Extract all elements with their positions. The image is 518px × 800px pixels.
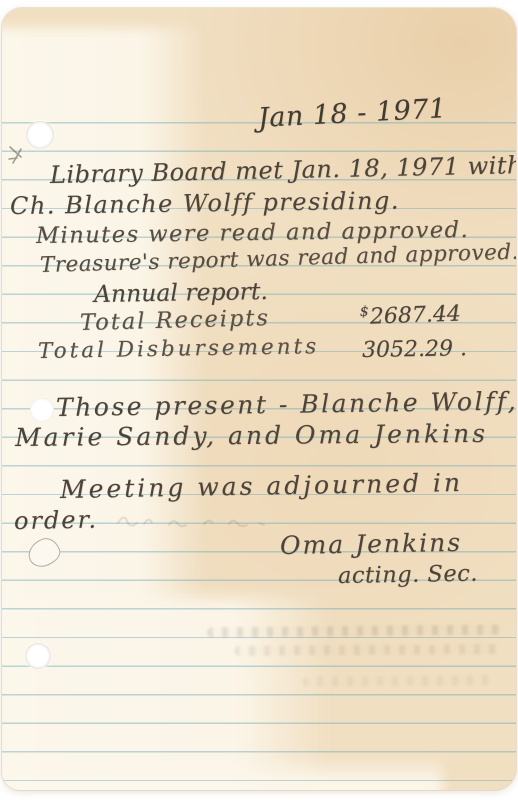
adjournment-line-1: Meeting was adjourned in: [60, 470, 463, 502]
adjournment-line-2: order.: [14, 508, 98, 533]
total-disbursements-label: Total Disbursements: [38, 336, 320, 362]
signature-title: acting. Sec.: [338, 563, 478, 588]
total-receipts-amount: $2687.44: [360, 303, 462, 329]
erased-pencil-marks: [114, 511, 269, 531]
attendees-line-2: Marie Sandy, and Oma Jenkins: [15, 421, 488, 450]
total-receipts-label: Total Receipts: [80, 307, 271, 334]
receipts-value: 2687.44: [369, 301, 461, 329]
disbursements-value: 3052.29 .: [362, 336, 467, 363]
scanned-minutes-page: Jan 18 - 1971 Library Board met Jan. 18,…: [0, 0, 518, 800]
ink-bleed-through: [302, 675, 492, 687]
attendees-line-1: Those present - Blanche Wolff,: [56, 389, 516, 420]
annual-report-heading: Annual report.: [94, 280, 268, 307]
presiding-line: Ch. Blanche Wolff presiding.: [10, 189, 400, 218]
signature-name: Oma Jenkins: [280, 530, 462, 558]
punch-hole-middle: [30, 398, 54, 422]
pencil-scribble-mark: [7, 143, 33, 167]
dollar-sign: $: [360, 304, 369, 320]
ink-bleed-through: [234, 644, 499, 656]
punch-hole-bottom: [25, 643, 51, 669]
notebook-paper: Jan 18 - 1971 Library Board met Jan. 18,…: [2, 8, 516, 790]
total-disbursements-amount: 3052.29 .: [362, 338, 467, 362]
